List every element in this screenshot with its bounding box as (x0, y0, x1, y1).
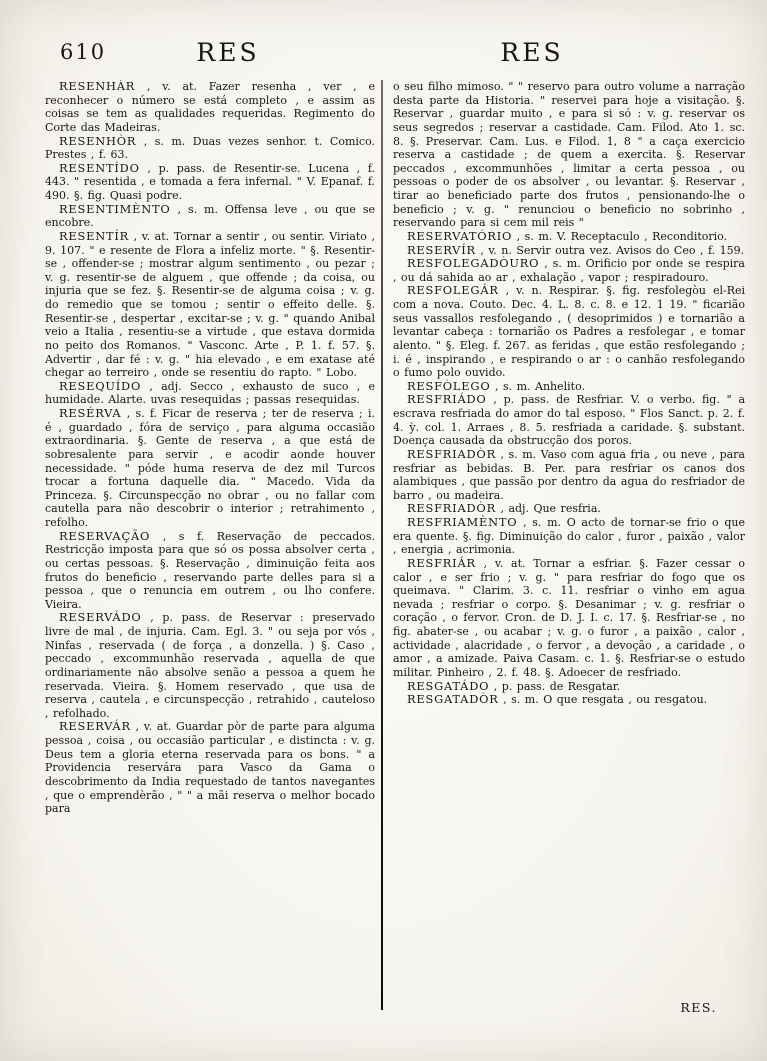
dictionary-entry: RESENTÍDO , p. pass. de Resentir-se. Luc… (45, 162, 375, 203)
entry-headword: RESFÒLEGO (407, 379, 490, 393)
dictionary-entry: RESFRIADÒR , adj. Que resfria. (393, 502, 745, 516)
entry-headword: RESFOLEGÁR (407, 283, 499, 297)
entry-body: , s. f. Ficar de reserva ; ter de reserv… (45, 407, 375, 529)
dictionary-entry: RESFRIADÒR , s. m. Vaso com agua fria , … (393, 448, 745, 503)
dictionary-entry: RESENTÍR , v. at. Tornar a sentir , ou s… (45, 230, 375, 380)
entry-headword: RESGATADÒR (407, 692, 499, 706)
catchword: RES. (680, 1000, 717, 1015)
entry-headword: RESERVÍR (407, 243, 476, 257)
dictionary-entry: RESFÒLEGO , s. m. Anhelito. (393, 380, 745, 394)
entry-body: , s. m. O que resgata , ou resgatou. (499, 693, 708, 706)
dictionary-entry: RESERVAÇÃO , s f. Reservação de peccados… (45, 530, 375, 612)
entry-headword: RESENHÁR (59, 80, 135, 93)
entry-body: , v. at. Tornar a esfriar. §. Fazer cess… (393, 557, 745, 679)
dictionary-entry: RESÉRVA , s. f. Ficar de reserva ; ter d… (45, 407, 375, 530)
dictionary-entry: RESERVÁDO , p. pass. de Reservar : prese… (45, 611, 375, 720)
entry-body: , v. at. Guardar pòr de parte para algum… (45, 720, 375, 815)
right-column: o seu filho mimoso. " " reservo para out… (383, 80, 745, 1006)
entry-headword: RESFRIÁR (407, 556, 476, 570)
page-number: 610 (60, 40, 106, 64)
entry-body: , s. m. Anhelito. (490, 380, 585, 393)
entry-headword: RESFOLEGADÒURO (407, 256, 539, 270)
entry-headword: RESERVATÓRIO (407, 229, 512, 243)
dictionary-entry: RESGATADÒR , s. m. O que resgata , ou re… (393, 693, 745, 707)
entry-headword: RESFRIÁDO (407, 392, 487, 406)
entry-body: , p. pass. de Resgatar. (489, 680, 620, 693)
dictionary-entry: RESERVÁR , v. at. Guardar pòr de parte p… (45, 720, 375, 815)
entry-body: , p. pass. de Reservar : preservado livr… (45, 611, 375, 719)
entry-headword: RESFRIAMÈNTO (407, 515, 517, 529)
entry-headword: RESERVÁDO (59, 610, 142, 624)
entry-headword: RESENTÍR (59, 229, 129, 243)
dictionary-entry: RESEQUÍDO , adj. Secco , exhausto de suc… (45, 380, 375, 407)
dictionary-entry: RESFOLEGADÒURO , s. m. Orificio por onde… (393, 257, 745, 284)
entry-headword: RESEQUÍDO (59, 379, 141, 393)
entry-body: , v. at. Tornar a sentir , ou sentir. Vi… (45, 230, 375, 379)
entry-headword: RESENHÒR (59, 134, 136, 148)
dictionary-entry: RESENHÁR , v. at. Fazer resenha , ver , … (45, 80, 375, 135)
dictionary-entry: RESENHÒR , s. m. Duas vezes senhor. t. C… (45, 135, 375, 162)
dictionary-entry: RESERVÍR , v. n. Servir outra vez. Aviso… (393, 244, 745, 258)
entry-body: , s. m. V. Receptaculo , Reconditorio. (512, 230, 727, 243)
dictionary-entry: RESFRIAMÈNTO , s. m. O acto de tornar-se… (393, 516, 745, 557)
page-header: 610 RES RES (0, 38, 767, 72)
entry-body: , v. n. Servir outra vez. Avisos do Ceo … (476, 244, 744, 257)
entry-headword: RESFRIADÒR (407, 447, 496, 461)
entry-body: o seu filho mimoso. " " reservo para out… (393, 80, 745, 229)
dictionary-entry: RESENTIMÈNTO , s. m. Offensa leve , ou q… (45, 203, 375, 230)
entry-headword: RESERVAÇÃO (59, 529, 150, 543)
dictionary-entry: o seu filho mimoso. " " reservo para out… (393, 80, 745, 230)
dictionary-entry: RESGATÁDO , p. pass. de Resgatar. (393, 680, 745, 694)
entry-headword: RESENTIMÈNTO (59, 202, 171, 216)
running-head-left: RES (196, 38, 259, 67)
entry-headword: RESFRIADÒR (407, 501, 496, 515)
dictionary-entry: RESFRIÁR , v. at. Tornar a esfriar. §. F… (393, 557, 745, 680)
running-head-right: RES (500, 38, 563, 67)
dictionary-entry: RESERVATÓRIO , s. m. V. Receptaculo , Re… (393, 230, 745, 244)
dictionary-entry: RESFRIÁDO , p. pass. de Resfriar. V. o v… (393, 393, 745, 448)
dictionary-entry: RESFOLEGÁR , v. n. Respirar. §. fig. res… (393, 284, 745, 379)
entry-headword: RESÉRVA (59, 406, 121, 420)
entry-headword: RESERVÁR (59, 719, 131, 733)
entry-headword: RESGATÁDO (407, 679, 489, 693)
scanned-dictionary-page: 610 RES RES RESENHÁR , v. at. Fazer rese… (0, 0, 767, 1061)
text-columns: RESENHÁR , v. at. Fazer resenha , ver , … (45, 80, 745, 1006)
entry-body: , adj. Que resfria. (496, 502, 601, 515)
left-column: RESENHÁR , v. at. Fazer resenha , ver , … (45, 80, 375, 1006)
entry-body: , v. n. Respirar. §. fig. resfolegòu el-… (393, 284, 745, 379)
entry-headword: RESENTÍDO (59, 161, 140, 175)
